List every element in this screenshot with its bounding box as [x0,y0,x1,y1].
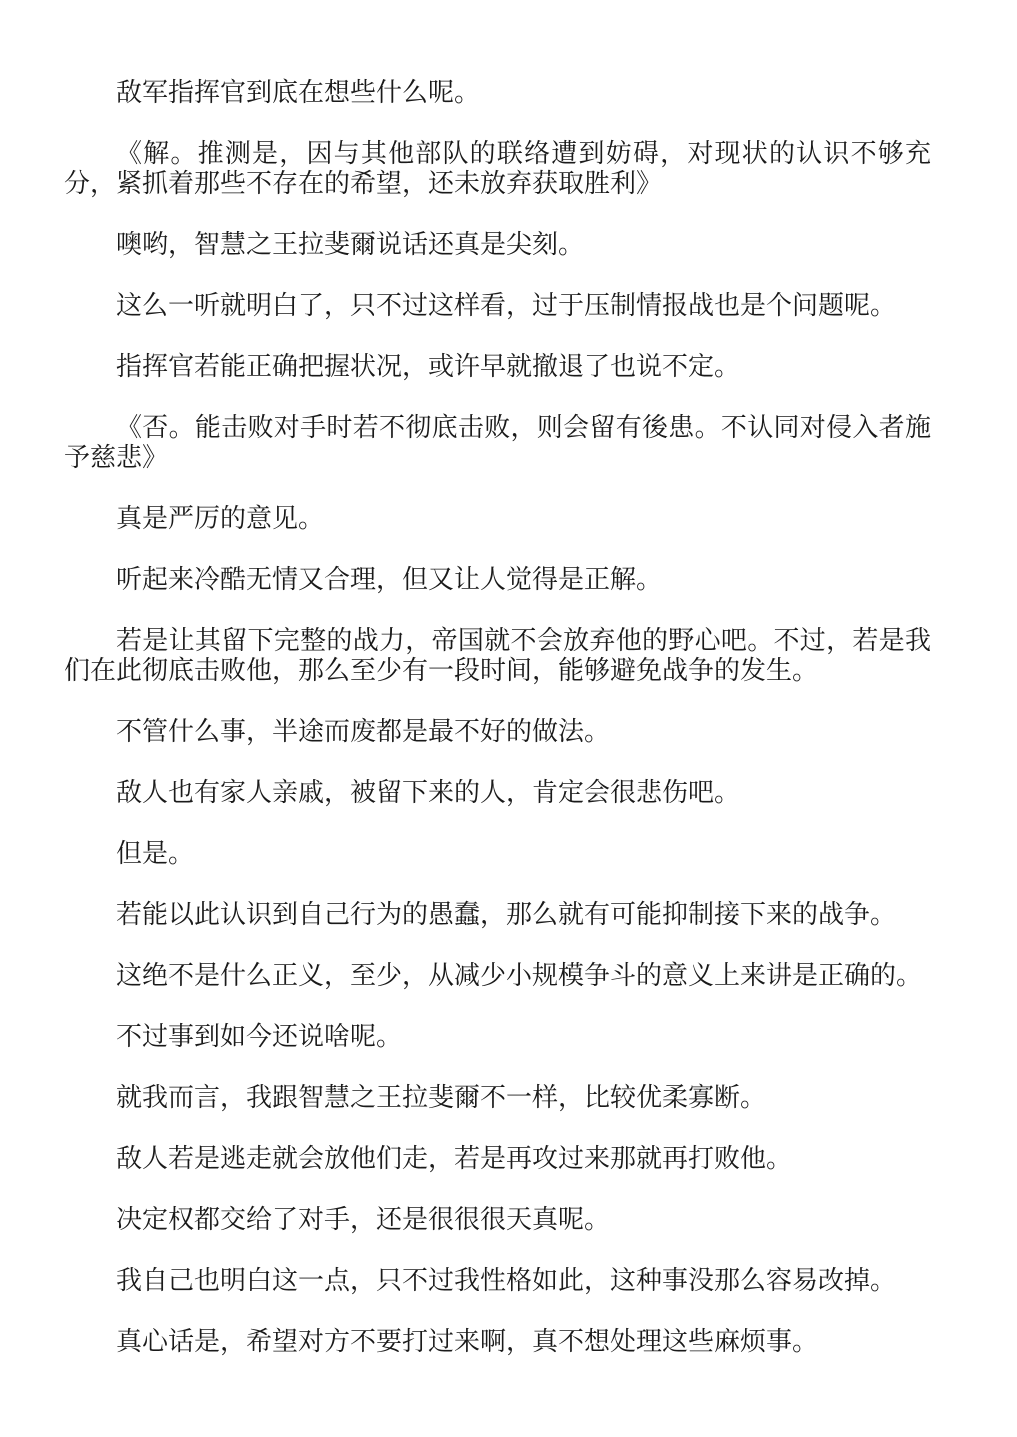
paragraph: 敌人也有家人亲戚，被留下来的人，肯定会很悲伤吧。 [64,778,931,808]
paragraph: 若是让其留下完整的战力，帝国就不会放弃他的野心吧。不过，若是我们在此彻底击败他，… [64,626,931,686]
paragraph: 就我而言，我跟智慧之王拉斐爾不一样，比较优柔寡断。 [64,1083,931,1113]
document-page: 敌军指挥官到底在想些什么呢。 《解。推测是，因与其他部队的联络遭到妨碍，对现状的… [0,0,1017,1437]
paragraph: 敌人若是逃走就会放他们走，若是再攻过来那就再打败他。 [64,1144,931,1174]
paragraph: 真心话是，希望对方不要打过来啊，真不想处理这些麻烦事。 [64,1327,931,1357]
paragraph: 真是严厉的意见。 [64,504,931,534]
quote-paragraph: 《否。能击败对手时若不彻底击败，则会留有後患。不认同对侵入者施予慈悲》 [64,413,931,473]
quote-paragraph: 《解。推测是，因与其他部队的联络遭到妨碍，对现状的认识不够充分，紧抓着那些不存在… [64,139,931,199]
paragraph: 若能以此认识到自己行为的愚蠢，那么就有可能抑制接下来的战争。 [64,900,931,930]
paragraph: 这么一听就明白了，只不过这样看，过于压制情报战也是个问题呢。 [64,291,931,321]
paragraph: 噢哟，智慧之王拉斐爾说话还真是尖刻。 [64,230,931,260]
paragraph: 我自己也明白这一点，只不过我性格如此，这种事没那么容易改掉。 [64,1266,931,1296]
paragraph: 敌军指挥官到底在想些什么呢。 [64,78,931,108]
paragraph: 但是。 [64,839,931,869]
paragraph: 不管什么事，半途而废都是最不好的做法。 [64,717,931,747]
paragraph: 这绝不是什么正义，至少，从减少小规模争斗的意义上来讲是正确的。 [64,961,931,991]
paragraph: 听起来冷酷无情又合理，但又让人觉得是正解。 [64,565,931,595]
paragraph: 指挥官若能正确把握状况，或许早就撤退了也说不定。 [64,352,931,382]
paragraph: 决定权都交给了对手，还是很很很天真呢。 [64,1205,931,1235]
paragraph: 不过事到如今还说啥呢。 [64,1022,931,1052]
